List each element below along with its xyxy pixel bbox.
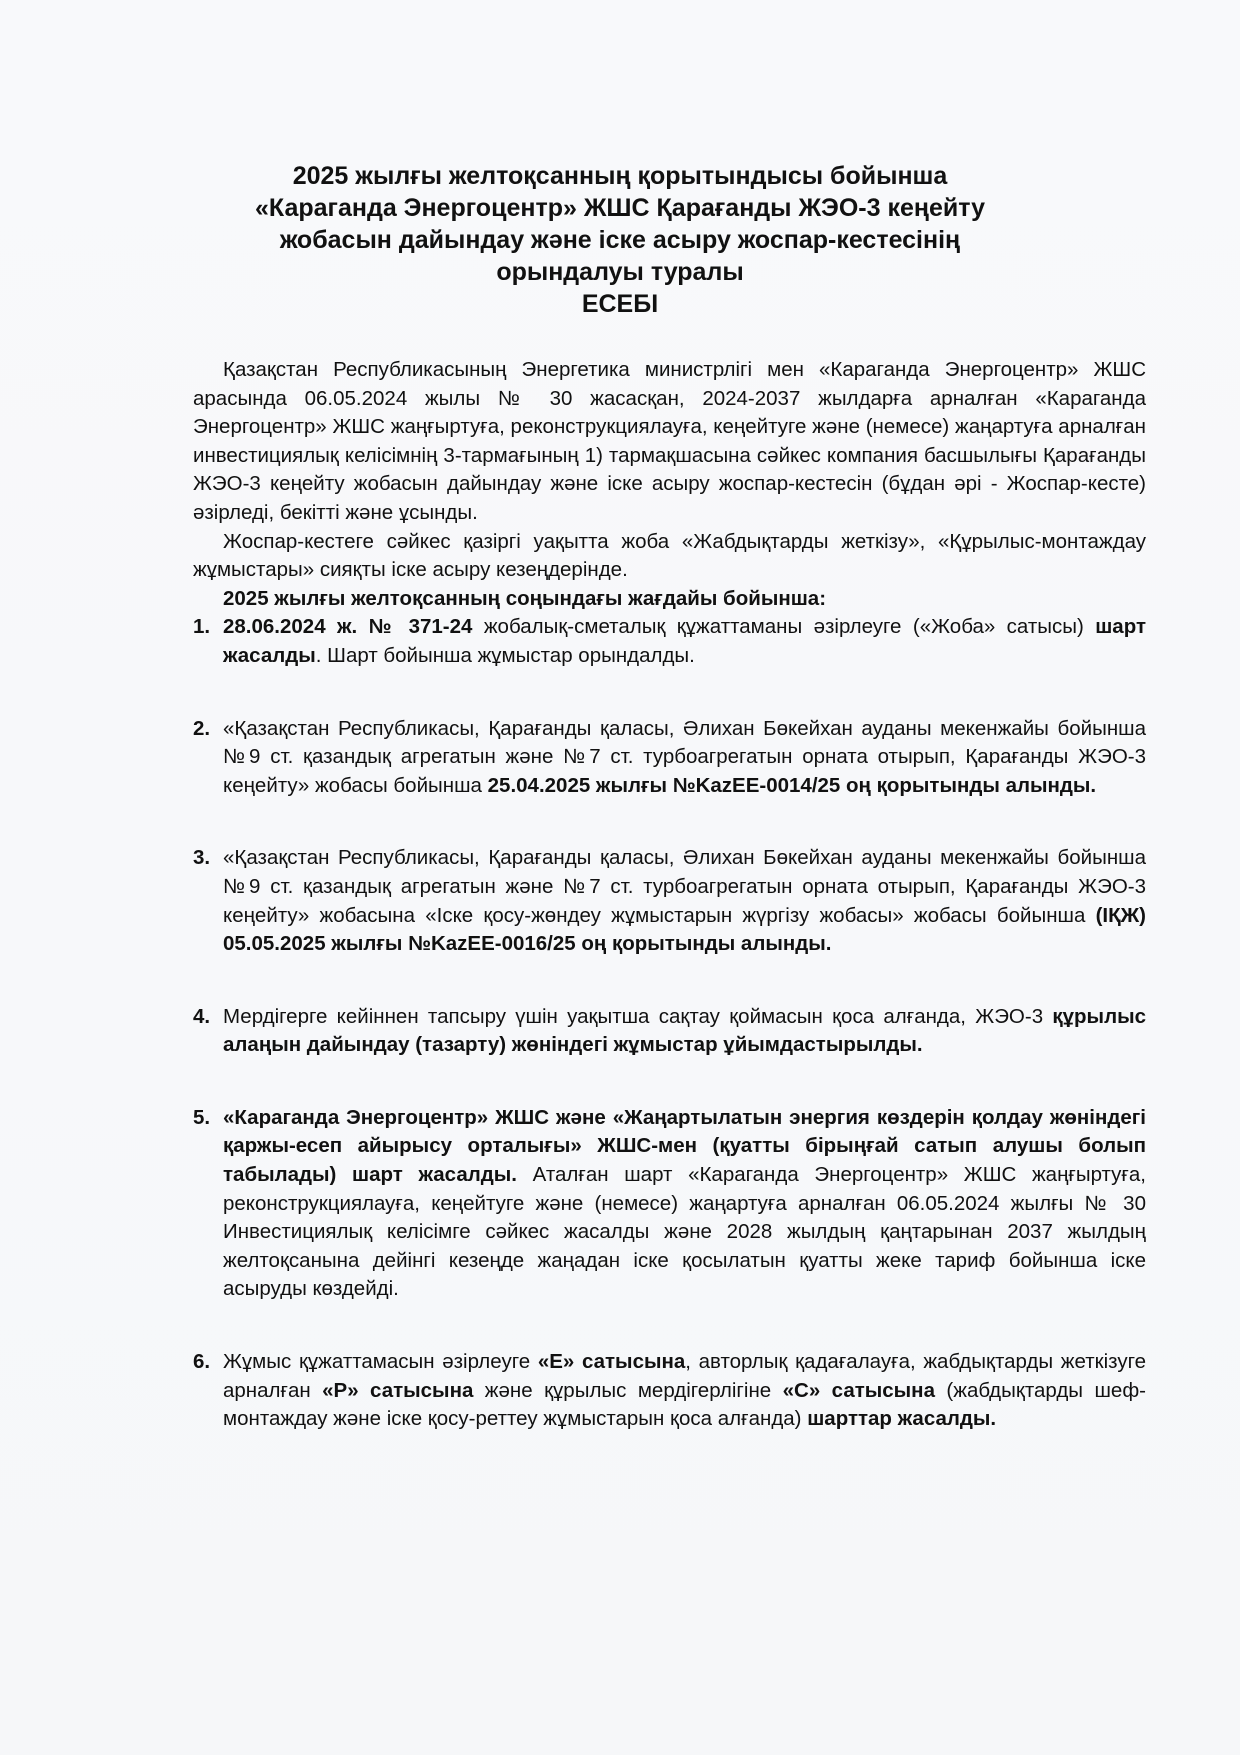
stage-paragraph: Жоспар-кестеге сәйкес қазіргі уақытта жо…	[193, 528, 1146, 585]
title-line-5: ЕСЕБІ	[150, 288, 1090, 320]
list-item: 3.«Қазақстан Республикасы, Қарағанды қал…	[193, 844, 1146, 958]
text: Жұмыс құжаттамасын әзірлеуге	[223, 1350, 538, 1373]
title-line-3: жобасын дайындау және іске асыру жоспар-…	[150, 224, 1090, 256]
title-line-4: орындалуы туралы	[150, 256, 1090, 288]
bold-text: «С» сатысына	[783, 1379, 935, 1402]
text: және құрылыс мердігерлігіне	[473, 1379, 782, 1402]
list-item-number: 2.	[193, 715, 210, 744]
status-items-list: 1.28.06.2024 ж. № 371-24 жобалық-сметалы…	[193, 613, 1146, 1433]
text: «Қазақстан Республикасы, Қарағанды қалас…	[223, 846, 1146, 926]
title-line-1: 2025 жылғы желтоқсанның қорытындысы бойы…	[150, 160, 1090, 192]
text: жобалық-сметалық құжаттаманы әзірлеуге (…	[472, 615, 1095, 638]
list-item: 5.«Караганда Энергоцентр» ЖШС және «Жаңа…	[193, 1104, 1146, 1304]
report-title: 2025 жылғы желтоқсанның қорытындысы бойы…	[150, 160, 1090, 320]
bold-text: шарттар жасалды.	[807, 1407, 996, 1430]
list-item-number: 3.	[193, 844, 210, 873]
list-item: 4.Мердігерге кейіннен тапсыру үшін уақыт…	[193, 1003, 1146, 1060]
text: Мердігерге кейіннен тапсыру үшін уақытша…	[223, 1005, 1052, 1028]
title-line-2: «Караганда Энергоцентр» ЖШС Қарағанды ЖЭ…	[150, 192, 1090, 224]
intro-paragraph: Қазақстан Республикасының Энергетика мин…	[193, 356, 1146, 528]
bold-text: «Р» сатысына	[322, 1379, 473, 1402]
list-item-number: 5.	[193, 1104, 210, 1133]
status-heading: 2025 жылғы желтоқсанның соңындағы жағдай…	[193, 585, 1146, 614]
list-item: 1.28.06.2024 ж. № 371-24 жобалық-сметалы…	[193, 613, 1146, 670]
bold-text: 28.06.2024 ж. № 371-24	[223, 615, 472, 638]
list-item: 6.Жұмыс құжаттамасын әзірлеуге «Е» сатыс…	[193, 1348, 1146, 1434]
list-item-number: 4.	[193, 1003, 210, 1032]
bold-text: 25.04.2025 жылғы №KazEE-0014/25 оң қорыт…	[488, 774, 1096, 797]
report-body: Қазақстан Республикасының Энергетика мин…	[193, 356, 1146, 1434]
bold-text: «Е» сатысына	[538, 1350, 685, 1373]
list-item: 2.«Қазақстан Республикасы, Қарағанды қал…	[193, 715, 1146, 801]
document-page: 2025 жылғы желтоқсанның қорытындысы бойы…	[0, 0, 1240, 1755]
list-item-number: 1.	[193, 613, 210, 642]
list-item-number: 6.	[193, 1348, 210, 1377]
text: . Шарт бойынша жұмыстар орындалды.	[316, 644, 695, 667]
